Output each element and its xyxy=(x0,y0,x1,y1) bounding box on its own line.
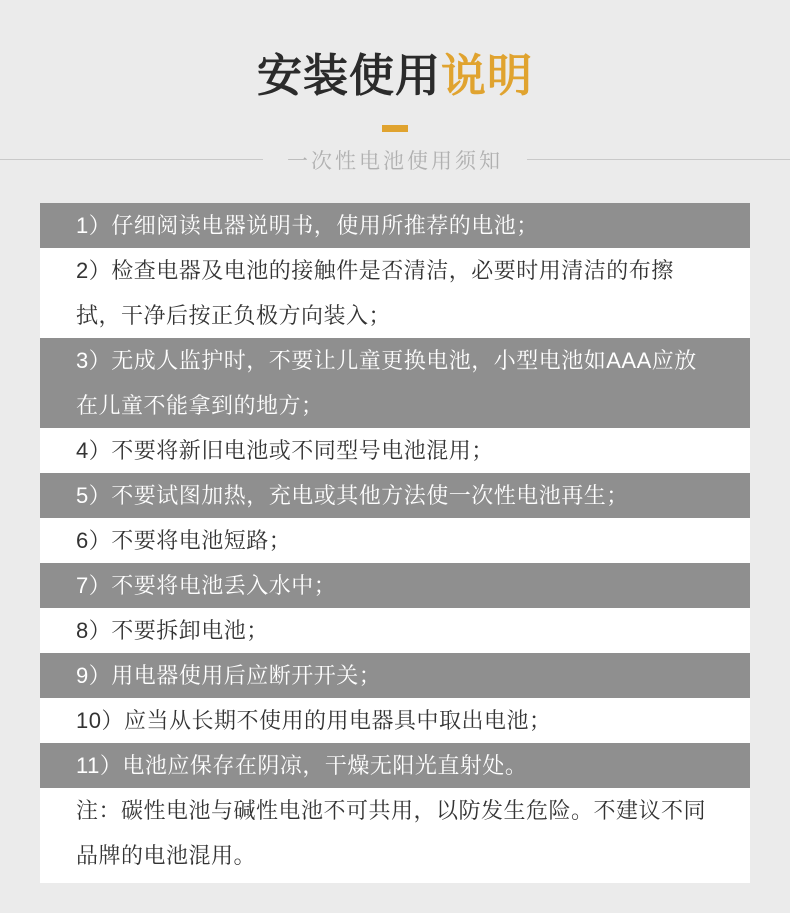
notice-list: 1）仔细阅读电器说明书，使用所推荐的电池； 2）检查电器及电池的接触件是否清洁，… xyxy=(40,203,750,883)
list-item-2: 2）检查电器及电池的接触件是否清洁，必要时用清洁的布擦拭，干净后按正负极方向装入… xyxy=(40,248,750,338)
battery-instructions-page: 安装使用说明 一次性电池使用须知 1）仔细阅读电器说明书，使用所推荐的电池； 2… xyxy=(0,0,790,913)
page-title-dark: 安装使用 xyxy=(257,50,441,101)
list-item-9: 9）用电器使用后应断开开关； xyxy=(40,653,750,698)
list-item-1: 1）仔细阅读电器说明书，使用所推荐的电池； xyxy=(40,203,750,248)
accent-dash xyxy=(382,125,408,132)
divider-line-left xyxy=(0,159,263,160)
list-item-11: 11）电池应保存在阴凉，干燥无阳光直射处。 xyxy=(40,743,750,788)
list-item-10: 10）应当从长期不使用的用电器具中取出电池； xyxy=(40,698,750,743)
subtitle: 一次性电池使用须知 xyxy=(263,145,527,175)
list-item-6: 6）不要将电池短路； xyxy=(40,518,750,563)
list-item-4: 4）不要将新旧电池或不同型号电池混用； xyxy=(40,428,750,473)
subtitle-row: 一次性电池使用须知 xyxy=(0,145,790,175)
divider-line-right xyxy=(527,159,790,160)
list-item-7: 7）不要将电池丢入水中； xyxy=(40,563,750,608)
list-note: 注：碳性电池与碱性电池不可共用，以防发生危险。不建议不同品牌的电池混用。 xyxy=(40,788,750,883)
page-header: 安装使用说明 一次性电池使用须知 xyxy=(0,0,790,175)
list-item-5: 5）不要试图加热，充电或其他方法使一次性电池再生； xyxy=(40,473,750,518)
page-title-accent: 说明 xyxy=(441,50,533,101)
list-item-8: 8）不要拆卸电池； xyxy=(40,608,750,653)
page-title: 安装使用说明 xyxy=(0,50,790,102)
list-item-3: 3）无成人监护时，不要让儿童更换电池，小型电池如AAA应放在儿童不能拿到的地方； xyxy=(40,338,750,428)
